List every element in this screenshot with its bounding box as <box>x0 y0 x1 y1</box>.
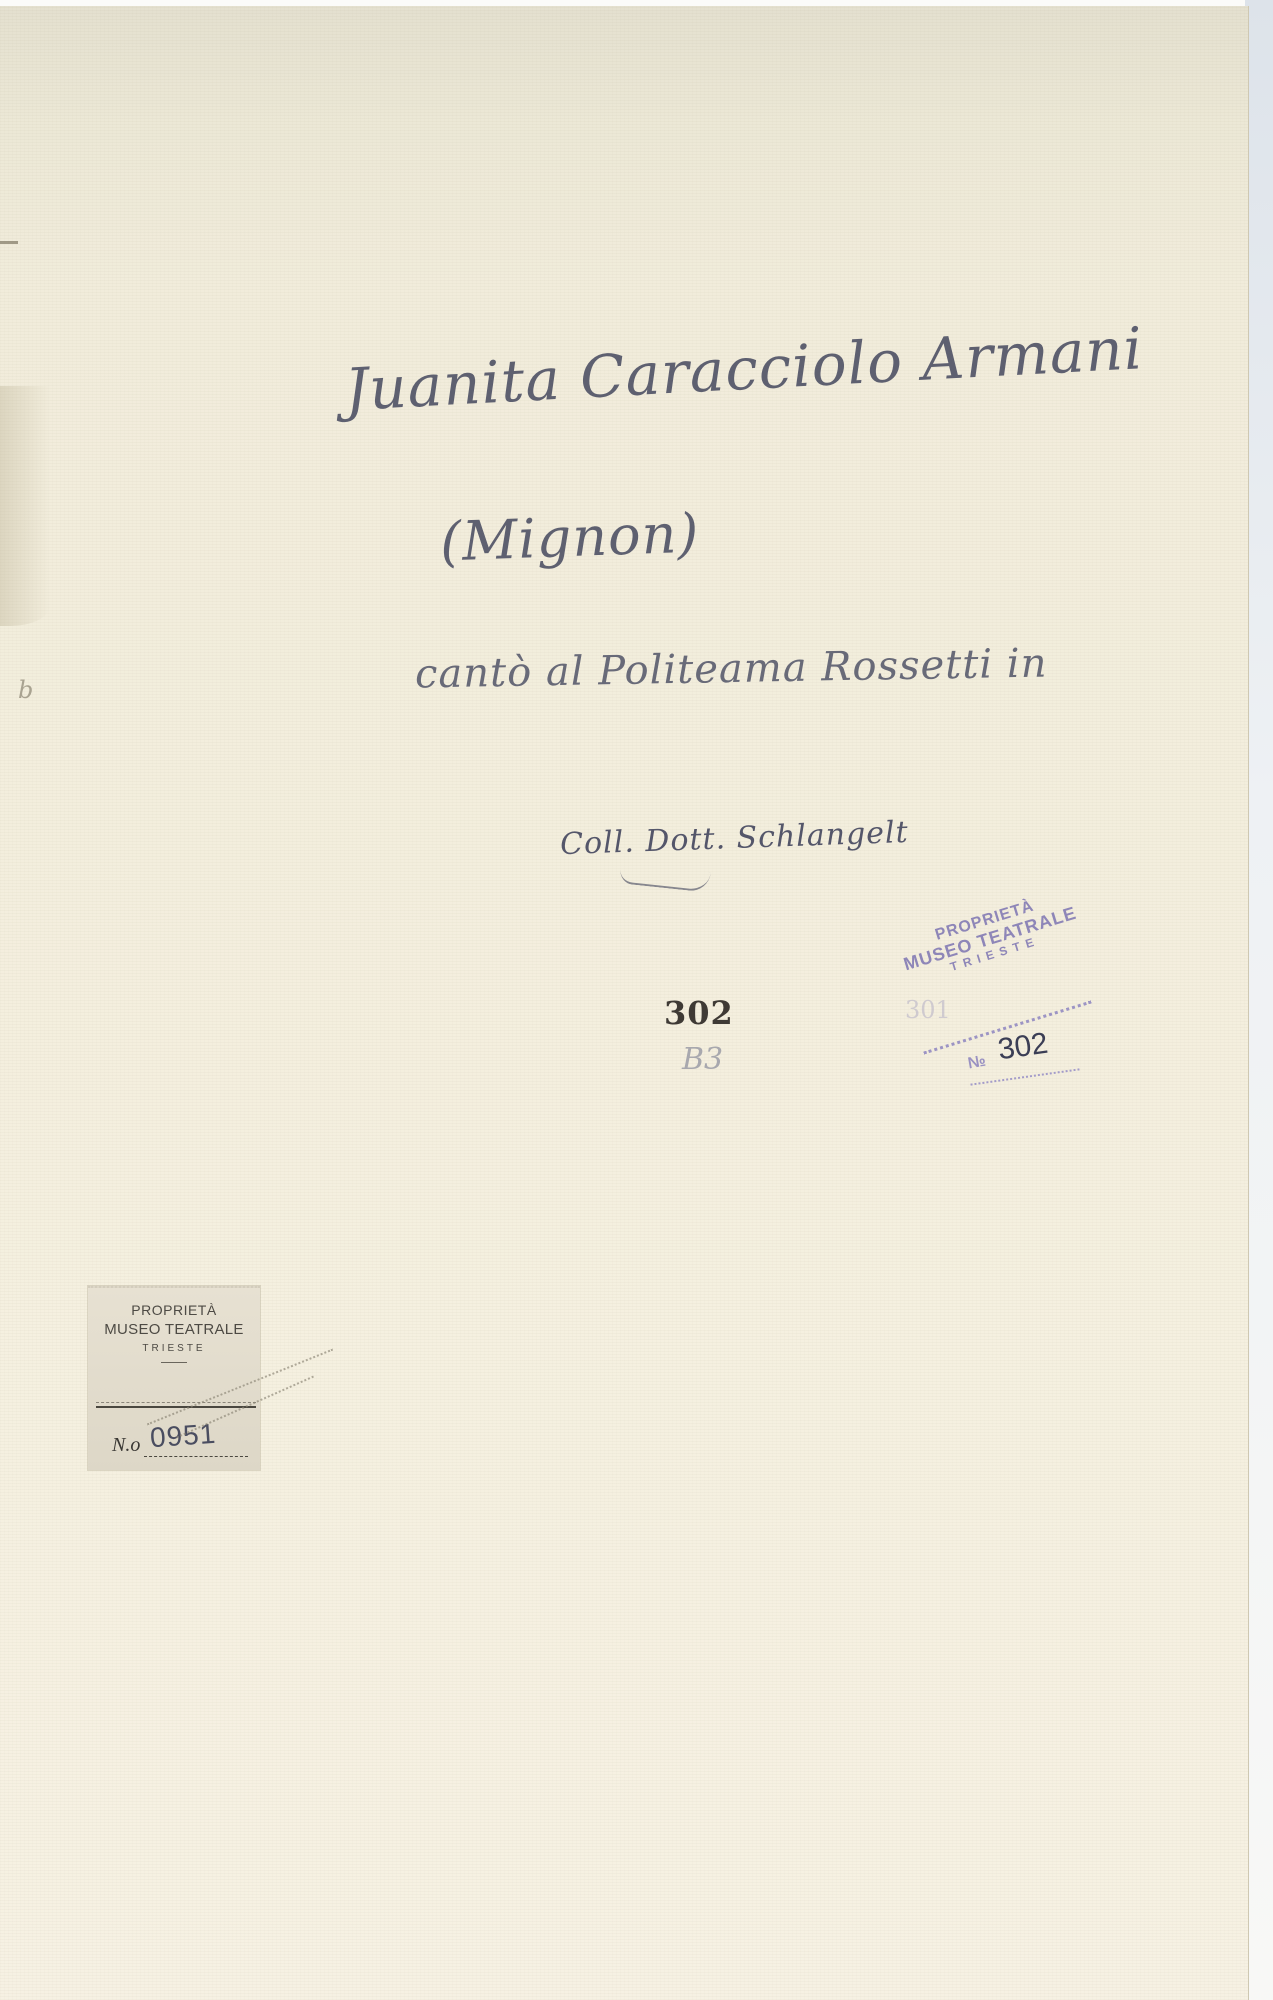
label-number-underline <box>144 1456 248 1457</box>
handwritten-performer-name: Juanita Caracciolo Armani <box>343 314 1145 424</box>
stamp-number-prefix: № <box>967 1053 988 1074</box>
catalog-number: 302 <box>664 994 734 1032</box>
handwritten-venue: cantò al Politeama Rossetti in <box>415 640 1048 697</box>
label-dash <box>161 1362 187 1363</box>
label-line-3: TRIESTE <box>88 1343 260 1354</box>
label-rule <box>96 1406 256 1408</box>
label-dotted-rule <box>96 1402 256 1403</box>
margin-mark: b <box>18 676 33 704</box>
stamp-number-underline <box>970 1068 1079 1085</box>
label-line-2: MUSEO TEATRALE <box>88 1321 260 1338</box>
signature-flourish <box>619 863 711 892</box>
handwritten-role: (Mignon) <box>439 501 700 573</box>
catalog-subnumber: B3 <box>682 1042 723 1077</box>
torn-edge <box>0 386 50 626</box>
document-page: b Juanita Caracciolo Armani (Mignon) can… <box>0 6 1249 2000</box>
label-line-1: PROPRIETÀ <box>88 1302 260 1318</box>
scan-background <box>1245 0 1273 2000</box>
label-number-prefix: N.o <box>112 1434 140 1457</box>
handwritten-signature: Coll. Dott. Schlangelt <box>559 815 909 862</box>
museum-paper-label: PROPRIETÀ MUSEO TEATRALE TRIESTE N.o 095… <box>88 1286 260 1470</box>
stamp-number-value: 302 <box>996 1027 1050 1068</box>
stamp-ghost-number: 301 <box>905 996 951 1024</box>
edge-stain <box>0 241 18 244</box>
